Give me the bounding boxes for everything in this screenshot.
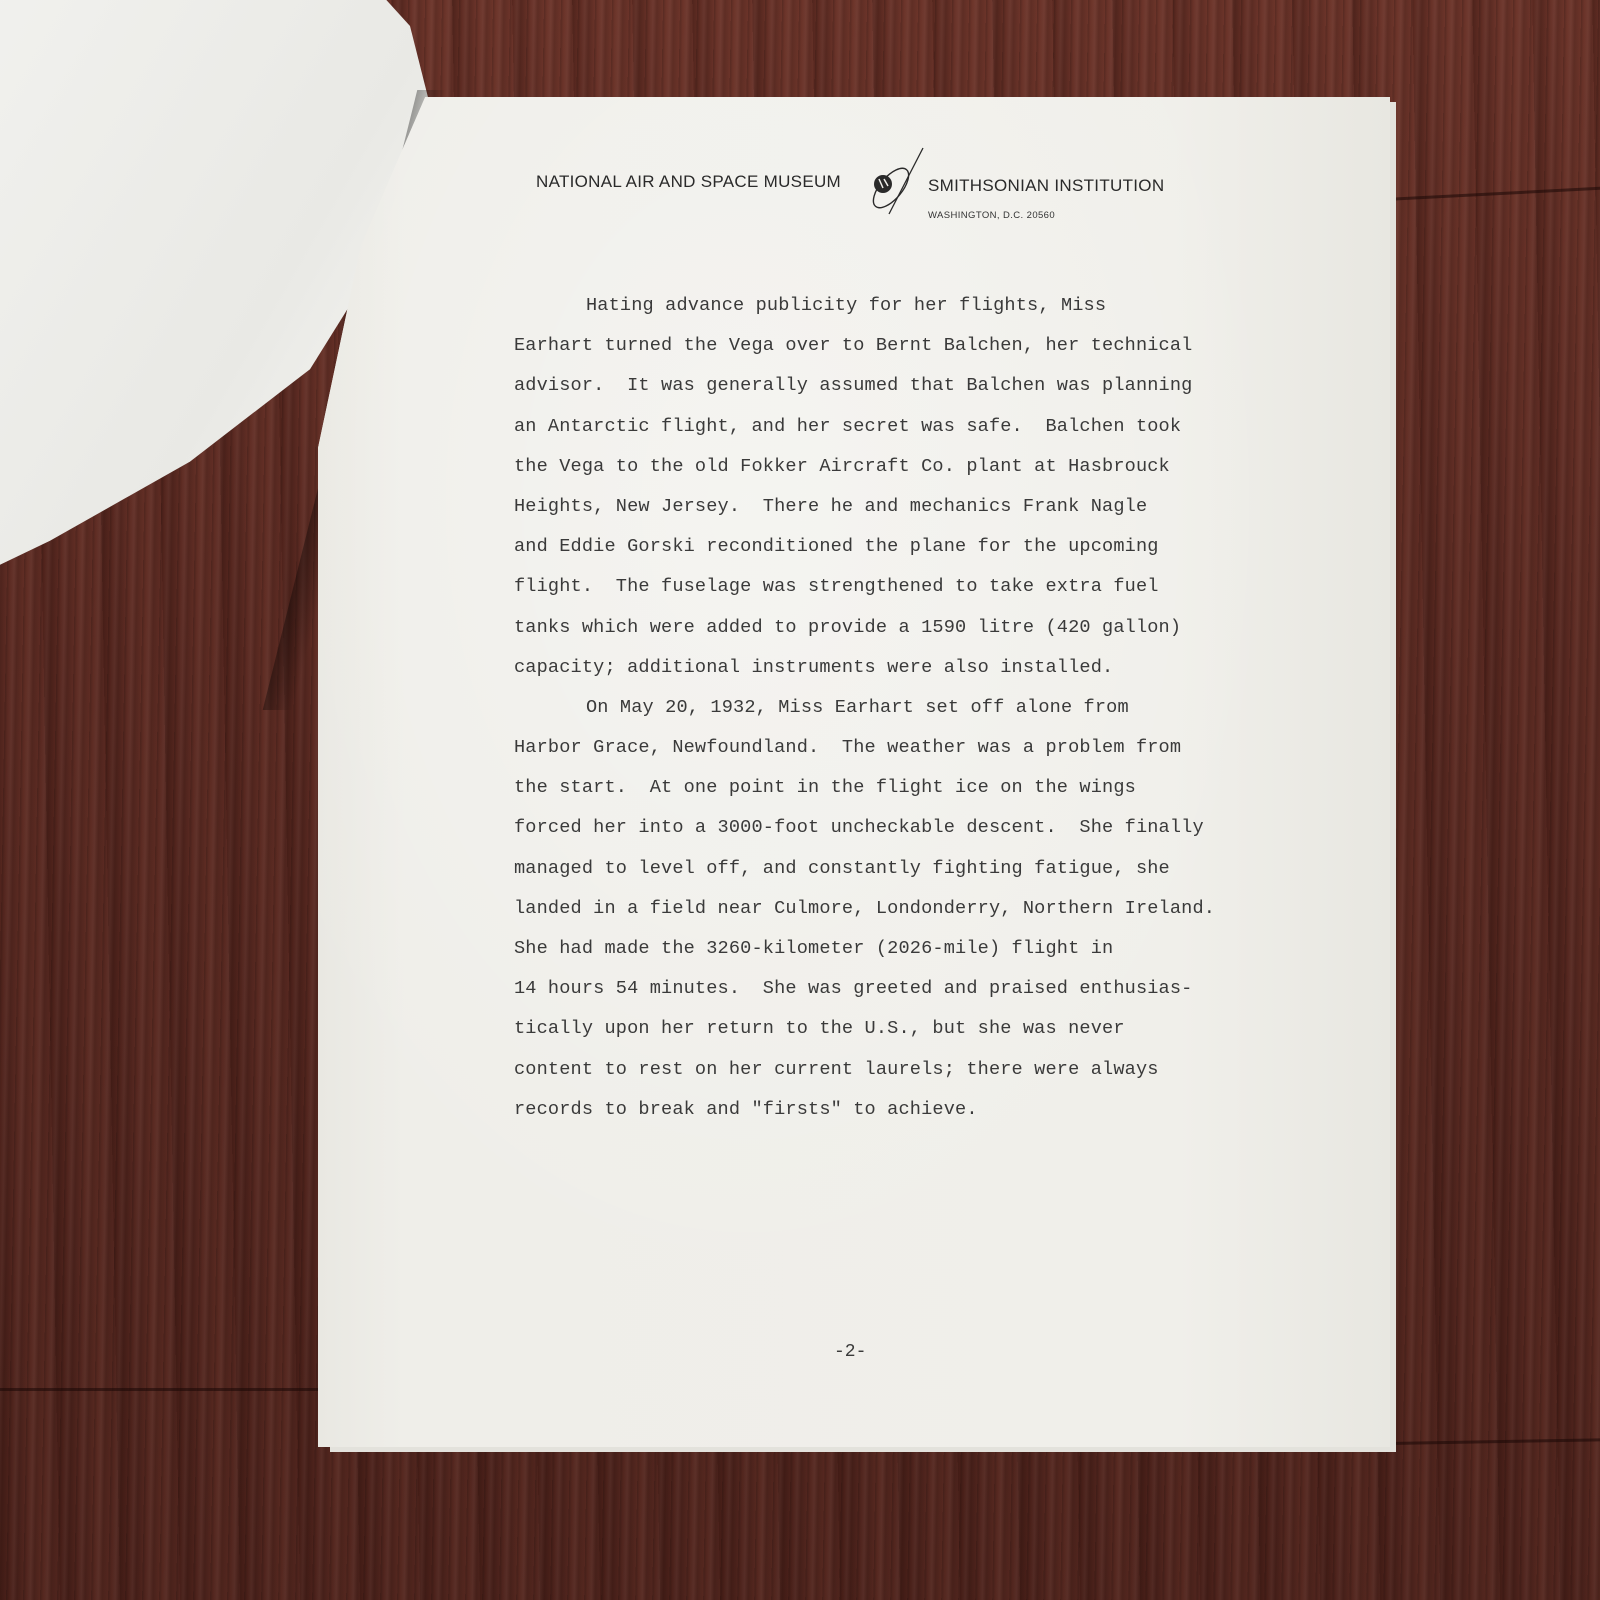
text-line: managed to level off, and constantly fig…: [514, 849, 1314, 889]
text-line: She had made the 3260-kilometer (2026-mi…: [514, 929, 1314, 969]
floor-seam: [1390, 1438, 1600, 1445]
text-line: content to rest on her current laurels; …: [514, 1050, 1314, 1090]
text-line: and Eddie Gorski reconditioned the plane…: [514, 527, 1314, 567]
museum-name: NATIONAL AIR AND SPACE MUSEUM: [536, 172, 841, 192]
text-line: advisor. It was generally assumed that B…: [514, 366, 1314, 406]
paragraph-2: On May 20, 1932, Miss Earhart set off al…: [514, 688, 1314, 1130]
text-line: On May 20, 1932, Miss Earhart set off al…: [514, 688, 1314, 728]
text-line: Hating advance publicity for her flights…: [514, 286, 1314, 326]
institution-address: WASHINGTON, D.C. 20560: [928, 210, 1055, 221]
text-line: tically upon her return to the U.S., but…: [514, 1009, 1314, 1049]
text-line: Harbor Grace, Newfoundland. The weather …: [514, 728, 1314, 768]
letterhead: NATIONAL AIR AND SPACE MUSEUM SMITHSONIA…: [536, 168, 1176, 228]
floor-seam: [1380, 186, 1600, 202]
smithsonian-logo-icon: [861, 144, 931, 234]
text-line: an Antarctic flight, and her secret was …: [514, 407, 1314, 447]
page-number: -2-: [834, 1342, 866, 1362]
document-body: Hating advance publicity for her flights…: [514, 286, 1314, 1130]
institution-name: SMITHSONIAN INSTITUTION: [928, 176, 1164, 196]
text-line: landed in a field near Culmore, Londonde…: [514, 889, 1314, 929]
text-line: flight. The fuselage was strengthened to…: [514, 567, 1314, 607]
text-line: the start. At one point in the flight ic…: [514, 768, 1314, 808]
text-line: capacity; additional instruments were al…: [514, 648, 1314, 688]
text-line: the Vega to the old Fokker Aircraft Co. …: [514, 447, 1314, 487]
text-line: 14 hours 54 minutes. She was greeted and…: [514, 969, 1314, 1009]
text-line: records to break and "firsts" to achieve…: [514, 1090, 1314, 1130]
text-line: Earhart turned the Vega over to Bernt Ba…: [514, 326, 1314, 366]
text-line: forced her into a 3000-foot uncheckable …: [514, 808, 1314, 848]
text-line: Heights, New Jersey. There he and mechan…: [514, 487, 1314, 527]
text-line: tanks which were added to provide a 1590…: [514, 608, 1314, 648]
floor-seam: [0, 1388, 330, 1391]
paragraph-1: Hating advance publicity for her flights…: [514, 286, 1314, 688]
